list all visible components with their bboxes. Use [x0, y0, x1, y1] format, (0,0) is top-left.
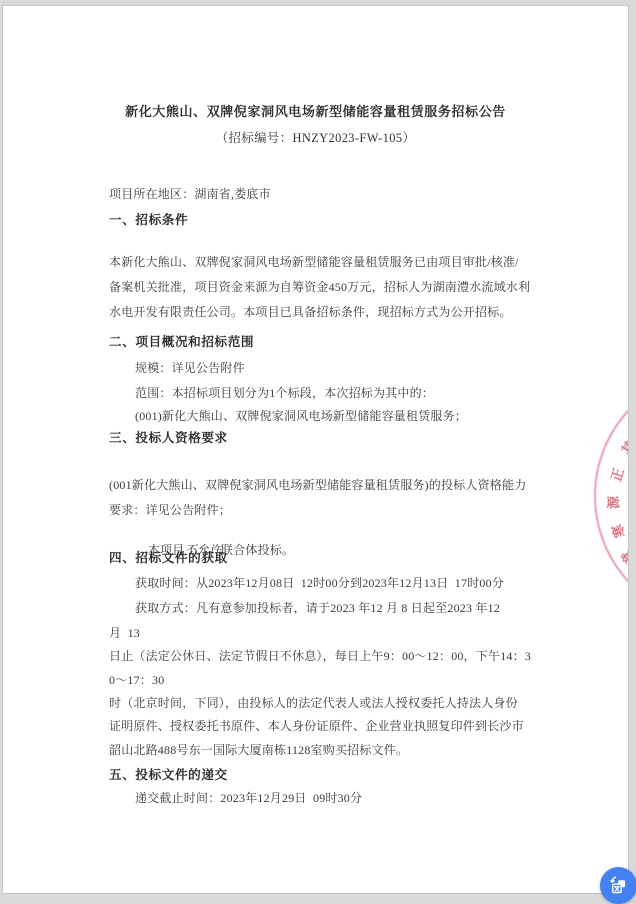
section1-line: 水电开发有限责任公司。本项目已具备招标条件，现招标方式为公开招标。	[109, 305, 512, 320]
image-translate-button[interactable]	[600, 867, 636, 904]
app-background: { "document": { "title_line1": "新化大熊山、双牌…	[0, 0, 636, 904]
section1-line: 本新化大熊山、双牌倪家洞风电场新型储能容量租赁服务已由项目审批/核准/	[109, 255, 519, 270]
scope-line: 范围：本招标项目划分为1个标段，本次招标为其中的：	[135, 386, 434, 401]
obtain-method-line: 0～17：30	[109, 673, 164, 688]
obtain-method-line: 时（北京时间，下同），由投标人的法定代表人或法人授权委托人持法人身份	[109, 696, 518, 711]
lot-line: (001)新化大熊山、双牌倪家洞风电场新型储能容量租赁服务；	[135, 409, 467, 424]
section-heading-4: 四、招标文件的获取	[109, 551, 228, 566]
scale-line: 规模：详见公告附件	[135, 361, 245, 376]
section-heading-2: 二、项目概况和招标范围	[109, 335, 254, 350]
section-heading-5: 五、投标文件的递交	[109, 768, 228, 783]
section1-line: 备案机关批准，项目资金来源为自筹资金450万元，招标人为湖南澧水流域水利	[109, 280, 530, 295]
obtain-method-line: 获取方式：凡有意参加投标者，请于2023 年12 月 8 日起至2023 年12	[135, 601, 500, 616]
obtain-time-line: 获取时间：从2023年12月08日 12时00分到2023年12月13日 17时…	[135, 576, 504, 591]
obtain-method-line: 月 13	[109, 626, 140, 641]
obtain-method-line: 日止（法定公休日、法定节假日不休息），每日上午9：00～12：00，下午14：3	[109, 649, 531, 664]
project-location-line: 项目所在地区：湖南省,娄底市	[109, 187, 271, 202]
stamp-char: 源	[603, 496, 622, 509]
obtain-method-line: 证明原件、授权委托书原件、本人身份证原件、企业营业执照复印件到长沙市	[109, 719, 524, 734]
section-heading-1: 一、招标条件	[109, 213, 188, 228]
section-heading-3: 三、投标人资格要求	[109, 431, 228, 446]
doc-title: 新化大熊山、双牌倪家洞风电场新型储能容量租赁服务招标公告	[3, 104, 628, 119]
document-page: 新化大熊山、双牌倪家洞风电场新型储能容量租赁服务招标公告 （招标编号：HNZY2…	[2, 5, 629, 894]
obtain-method-line: 韶山北路488号东一国际大厦南栋1128室购买招标文件。	[109, 743, 408, 758]
no-consortium-suffix: 联合体投标。	[221, 543, 294, 557]
section3-line: 要求：详见公告附件；	[109, 503, 231, 518]
section3-line: (001新化大熊山、双牌倪家洞风电场新型储能容量租赁服务)的投标人资格能力	[109, 478, 526, 493]
deadline-line: 递交截止时间：2023年12月29日 09时30分	[135, 791, 362, 806]
translate-image-icon	[608, 875, 629, 896]
doc-tender-number: （招标编号：HNZY2023-FW-105）	[3, 131, 628, 146]
